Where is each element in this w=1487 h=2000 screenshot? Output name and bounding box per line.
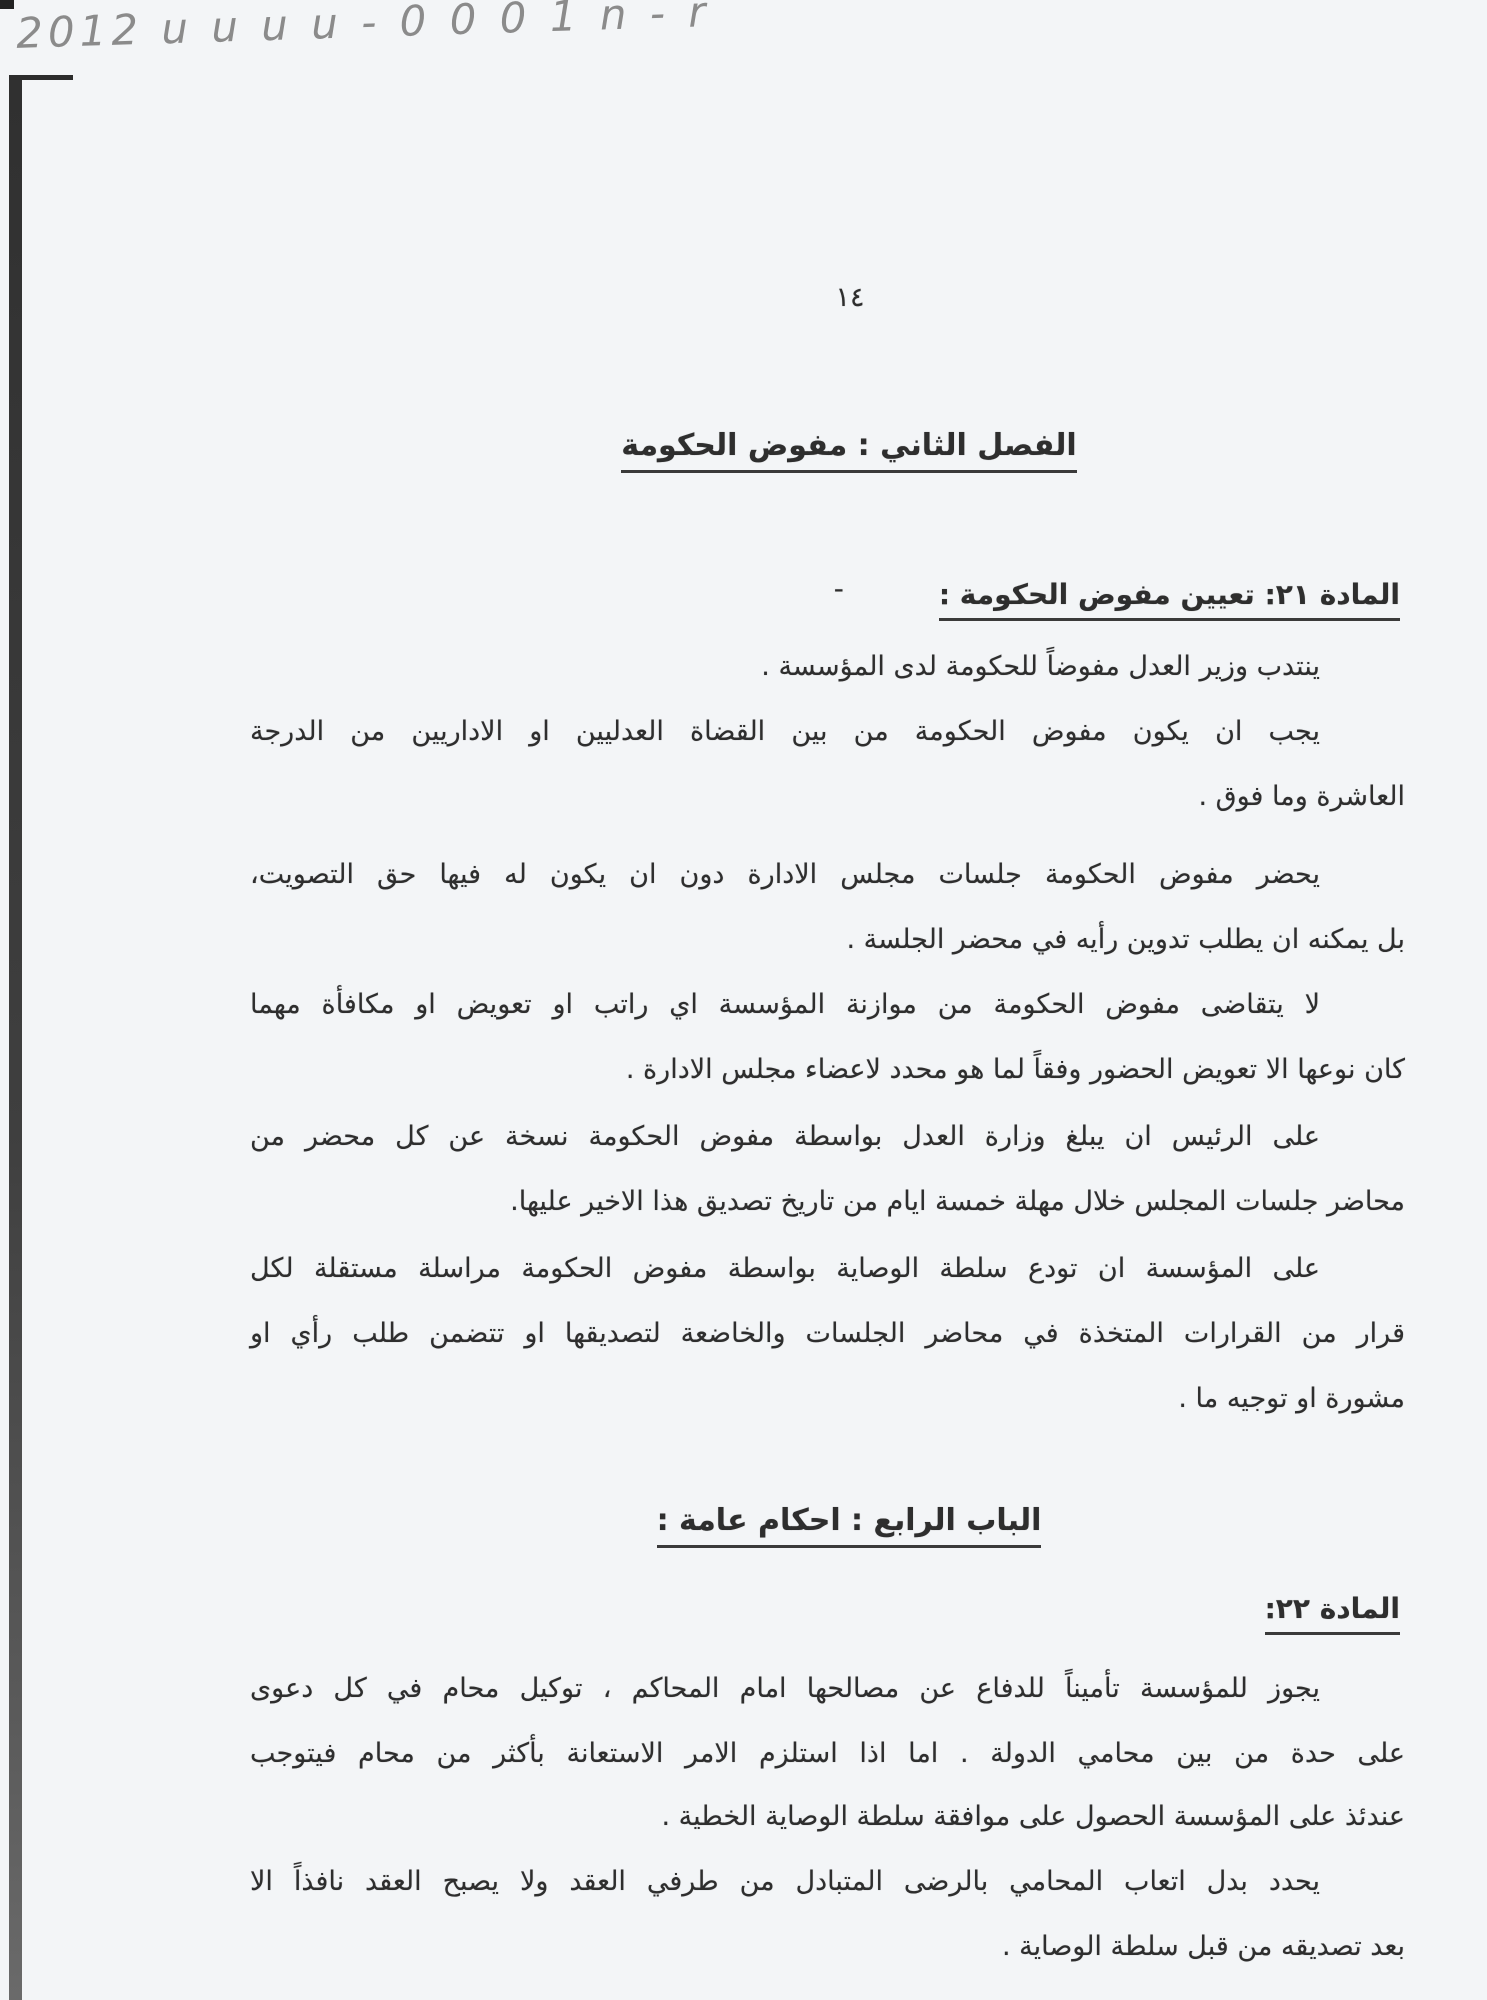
handwritten-annotation: 2012 u u u u - 0 0 0 1 n - r (15, 0, 711, 58)
chapter-heading: الفصل الثاني : مفوض الحكومة (394, 428, 1304, 473)
section-heading-text: الباب الرابع : احكام عامة : (657, 1503, 1042, 1548)
scan-left-border-mark (9, 75, 22, 2000)
text-line: العاشرة وما فوق . (1198, 780, 1405, 814)
text-line: لا يتقاضى مفوض الحكومة من موازنة المؤسسة… (250, 988, 1320, 1022)
article-21-heading-text: المادة ٢١: تعيين مفوض الحكومة : (939, 578, 1400, 621)
text-line: بعد تصديقه من قبل سلطة الوصاية . (1002, 1930, 1405, 1964)
text-line: يجب ان يكون مفوض الحكومة من بين القضاة ا… (250, 715, 1320, 749)
text-line: يحضر مفوض الحكومة جلسات مجلس الادارة دون… (250, 858, 1320, 892)
text-line: ينتدب وزير العدل مفوضاً للحكومة لدى المؤ… (761, 650, 1320, 684)
text-line: قرار من القرارات المتخذة في محاضر الجلسا… (250, 1317, 1405, 1351)
text-line: بل يمكنه ان يطلب تدوين رأيه في محضر الجل… (847, 923, 1405, 957)
text-line: محاضر جلسات المجلس خلال مهلة خمسة ايام م… (510, 1185, 1405, 1219)
scan-corner-mark (0, 0, 14, 9)
scan-top-border-mark (9, 75, 73, 80)
article-21-heading-dash: - (834, 572, 844, 605)
text-line: على المؤسسة ان تودع سلطة الوصاية بواسطة … (250, 1252, 1320, 1286)
article-21-heading: المادة ٢١: تعيين مفوض الحكومة :- (834, 572, 1400, 621)
text-line: كان نوعها الا تعويض الحضور وفقاً لما هو … (626, 1053, 1405, 1087)
text-line: عندئذ على المؤسسة الحصول على موافقة سلطة… (661, 1800, 1405, 1834)
text-line: يجوز للمؤسسة تأميناً للدفاع عن مصالحها ا… (250, 1672, 1320, 1706)
text-line: على حدة من بين محامي الدولة . اما اذا اس… (250, 1737, 1405, 1771)
chapter-heading-text: الفصل الثاني : مفوض الحكومة (621, 428, 1076, 473)
scanned-document-page: { "annotation": "2012 u u u u - 0 0 0 1 … (0, 0, 1487, 2000)
text-line: يحدد بدل اتعاب المحامي بالرضى المتبادل م… (250, 1865, 1320, 1899)
section-heading: الباب الرابع : احكام عامة : (394, 1503, 1304, 1548)
text-line: على الرئيس ان يبلغ وزارة العدل بواسطة مف… (250, 1120, 1320, 1154)
article-22-heading-text: المادة ٢٢: (1265, 1592, 1400, 1635)
page-number: ١٤ (805, 282, 895, 313)
article-22-heading: المادة ٢٢: (1265, 1592, 1400, 1635)
text-line: مشورة او توجيه ما . (1178, 1382, 1405, 1416)
